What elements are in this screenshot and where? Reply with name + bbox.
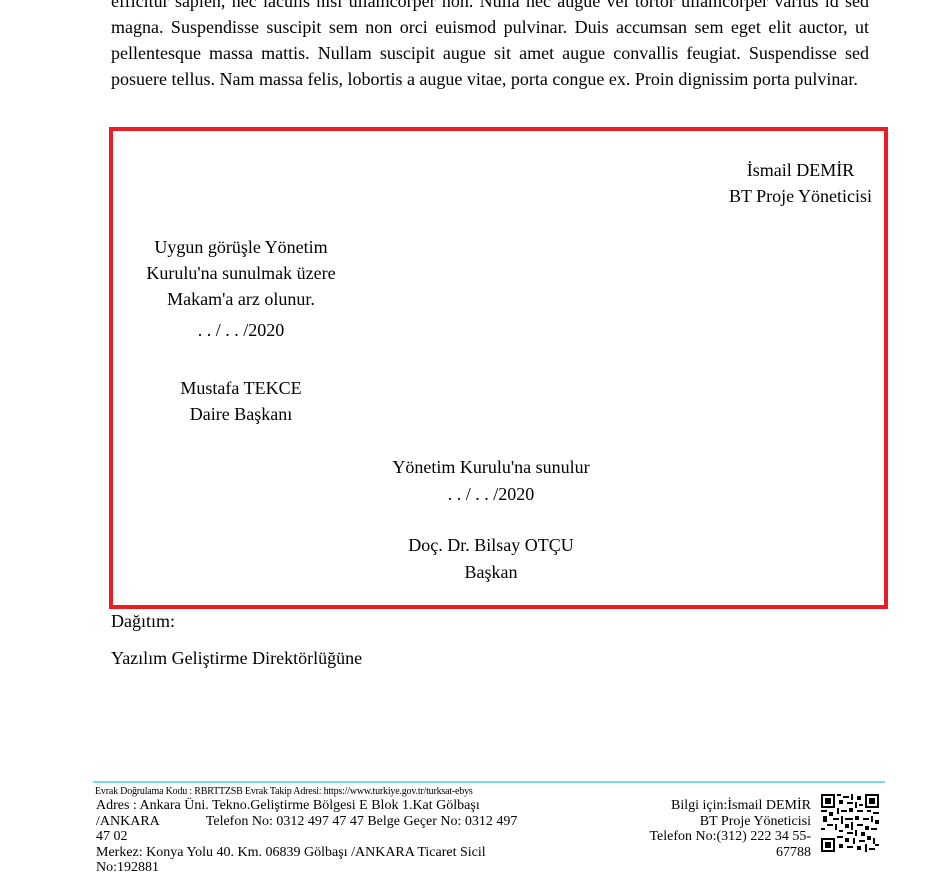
contact-line: BT Proje Yöneticisi	[630, 814, 811, 830]
recommendation-line: Makam'a arz olunur.	[133, 286, 349, 312]
sender-block: İsmail DEMİR BT Proje Yöneticisi	[729, 157, 872, 209]
address-line: Adres : Ankara Üni. Tekno.Geliştirme Böl…	[96, 798, 566, 814]
recommendation-line: Uygun görüşle Yönetim	[133, 234, 349, 260]
address-line: /ANKARATelefon No: 0312 497 47 47 Belge …	[96, 814, 566, 830]
board-signer-name: Doç. Dr. Bilsay OTÇU	[363, 532, 619, 559]
body-paragraph: efficitur sapien, nec iaculis nisl ullam…	[111, 0, 869, 92]
address-city: /ANKARA	[96, 814, 160, 829]
footer-contact-info: Bilgi için:İsmail DEMİR BT Proje Yönetic…	[630, 798, 811, 860]
distribution-item: Yazılım Geliştirme Direktörlüğüne	[111, 645, 362, 671]
contact-line: Bilgi için:İsmail DEMİR	[630, 798, 811, 814]
address-phone: Telefon No: 0312 497 47 47 Belge Geçer N…	[206, 814, 518, 829]
footer-divider	[93, 781, 885, 783]
sender-name: İsmail DEMİR	[729, 157, 872, 183]
qr-code-icon	[821, 794, 879, 852]
contact-line: Telefon No:(312) 222 34 55-	[630, 829, 811, 845]
document-body: efficitur sapien, nec iaculis nisl ullam…	[111, 0, 869, 92]
recommendation-line: Kurulu'na sunulmak üzere	[133, 260, 349, 286]
board-block: Yönetim Kurulu'na sunulur . . / . . /202…	[363, 454, 619, 586]
contact-line: 67788	[630, 845, 811, 861]
board-signer-title: Başkan	[363, 559, 619, 586]
sender-title: BT Proje Yöneticisi	[729, 183, 872, 209]
board-line: Yönetim Kurulu'na sunulur	[363, 454, 619, 481]
footer-address: Adres : Ankara Üni. Tekno.Geliştirme Böl…	[96, 798, 566, 876]
recommendation-date: . . / . . /2020	[133, 317, 349, 343]
address-line: No:192881	[96, 860, 566, 876]
address-line: 47 02	[96, 829, 566, 845]
board-date: . . / . . /2020	[363, 481, 619, 508]
recommendation-signer-name: Mustafa TEKCE	[133, 375, 349, 401]
distribution-label: Dağıtım:	[111, 608, 175, 634]
approval-highlight-box: İsmail DEMİR BT Proje Yöneticisi Uygun g…	[109, 127, 888, 609]
recommendation-signer-title: Daire Başkanı	[133, 401, 349, 427]
address-line: Merkez: Konya Yolu 40. Km. 06839 Gölbaşı…	[96, 845, 566, 861]
recommendation-block: Uygun görüşle Yönetim Kurulu'na sunulmak…	[133, 234, 349, 427]
footer-verification: Evrak Doğrulama Kodu : RBRTTZSB Evrak Ta…	[95, 786, 473, 798]
